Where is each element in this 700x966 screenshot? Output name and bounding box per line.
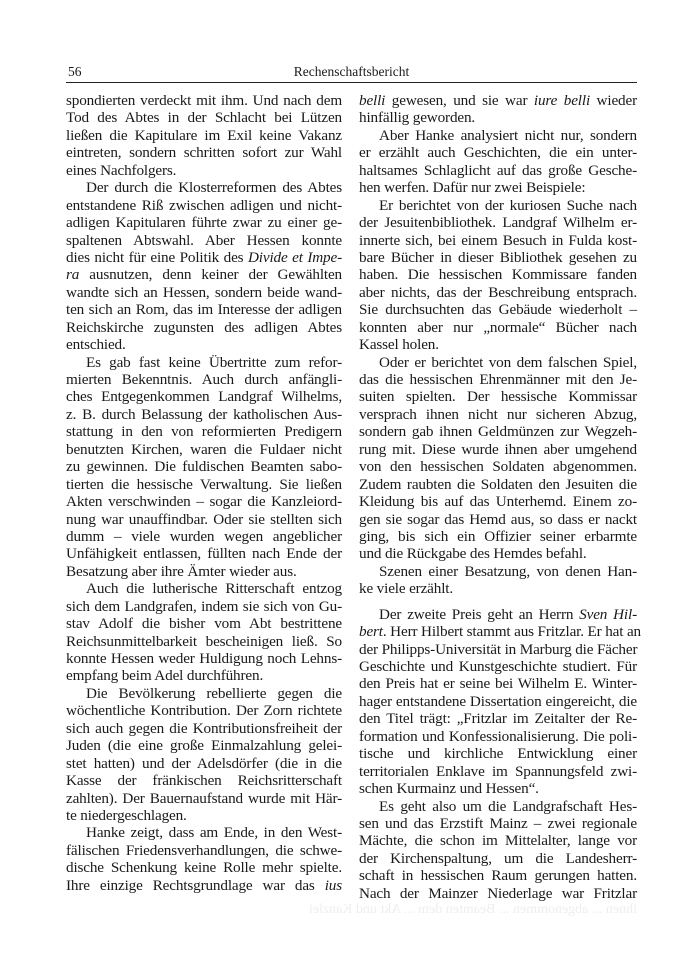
line-text: Kasse der fränkischen Reichsritterschaft: [66, 772, 342, 789]
text-line: konnten aber nur „normale“ Bücher nach: [359, 319, 637, 336]
line-text: ging, bis sich ein Offizier seiner erbar…: [359, 528, 637, 545]
line-text: Tod des Abtes in der Schlacht bei Lützen: [66, 109, 342, 126]
text-line: formation und Konfessionalisierung. Die …: [359, 728, 637, 745]
line-text: Unfähigkeit entlassen, füllten nach Ende…: [66, 545, 342, 562]
line-text: wöchentliche Kontribution. Der Zorn rich…: [66, 702, 342, 719]
line-text: Der durch die Klosterreformen des Abtes: [86, 179, 342, 196]
text-line: sich dem Landgrafen, indem sie sich von …: [66, 598, 342, 615]
text-line: sich auch gegen die Kontributionsfreihei…: [66, 720, 342, 737]
line-text: te niedergeschlagen.: [66, 807, 187, 824]
text-line: stav Adolf die bisher vom Abt bestritten…: [66, 615, 342, 632]
right-text-column: belli gewesen, und sie war iure belli wi…: [359, 92, 637, 902]
line-text: Er berichtet von der kuriosen Suche nach: [379, 197, 637, 214]
text-line: Reichsunmittelbarkeit bescheinigen ließ.…: [66, 633, 342, 650]
line-text: haben. Die hessischen Kommissare fanden: [359, 266, 637, 283]
italic-term: Sven Hil-: [579, 606, 637, 623]
text-line: ging, bis sich ein Offizier seiner erbar…: [359, 528, 637, 545]
text-line: Besatzung aber ihre Ämter wieder aus.: [66, 563, 342, 580]
line-text: innerte sich, bei einem Besuch in Fulda …: [359, 232, 637, 249]
text-line: Kleidung bis auf das Unterhemd. Einem zo…: [359, 493, 637, 510]
text-line: ten sich an Rom, das im Interesse der ad…: [66, 301, 342, 318]
text-line: der Jesuitenbibliothek. Landgraf Wilhelm…: [359, 214, 637, 231]
text-line: hager entstandene Dissertation eingereic…: [359, 693, 637, 710]
text-line: wöchentliche Kontribution. Der Zorn rich…: [66, 702, 342, 719]
text-line: Es gab fast keine Übertritte zum refor-: [66, 354, 342, 371]
line-text: mierten Bekenntnis. Auch durch anfängli-: [66, 371, 342, 388]
text-line: tierten die hessische Verwaltung. Sie li…: [66, 476, 342, 493]
italic-term: bert: [359, 623, 383, 640]
text-line: Der durch die Klosterreformen des Abtes: [66, 179, 342, 196]
text-line: Sie durchsuchten das Gebäude wiederholt …: [359, 301, 637, 318]
text-line: den Titel trägt: „Fritzlar im Zeitalter …: [359, 710, 637, 727]
line-text: stet hatten) und der Adelsdörfer (die in…: [66, 755, 342, 772]
text-line: schen Kurmainz und Hessen“.: [359, 780, 637, 797]
text-line: Szenen einer Besatzung, von denen Han-: [359, 563, 637, 580]
text-line: Hanke zeigt, dass am Ende, in den West-: [66, 824, 342, 841]
text-line: das die hessischen Ehrenmänner mit den J…: [359, 371, 637, 388]
text-line: Reichskirche zugunsten des adligen Abtes: [66, 319, 342, 336]
line-text: hen werfen. Dafür nur zwei Beispiele:: [359, 179, 585, 196]
line-text: dische Schenkung keine Rolle mehr spielt…: [66, 859, 342, 876]
text-line: Tod des Abtes in der Schlacht bei Lützen: [66, 109, 342, 126]
text-line: der Kirchenspaltung, um die Landesherr-: [359, 850, 637, 867]
line-text: stav Adolf die bisher vom Abt bestritten…: [66, 615, 342, 632]
text-line: Juden (die eine große Einmalzahlung gele…: [66, 737, 342, 754]
line-text: versprach ihnen nicht nur sicheren Abzug…: [359, 406, 637, 423]
text-line: Unfähigkeit entlassen, füllten nach Ende…: [66, 545, 342, 562]
line-text: Szenen einer Besatzung, von denen Han-: [379, 563, 637, 580]
line-text: gewesen, und sie war: [385, 92, 534, 109]
line-text: entstandene Riß zwischen adligen und nic…: [66, 197, 342, 214]
text-line: nung war unauffindbar. Oder sie stellten…: [66, 511, 342, 528]
line-text: empfang beim Adel durchführen.: [66, 667, 263, 684]
text-line: er erzählt auch Geschichten, die ein unt…: [359, 144, 637, 161]
text-line: Akten verschwinden – sogar die Kanzleior…: [66, 493, 342, 510]
text-line: belli gewesen, und sie war iure belli wi…: [359, 92, 637, 109]
line-text: den Preis hat er seine bei Wilhelm E. Wi…: [359, 675, 637, 692]
text-line: dische Schenkung keine Rolle mehr spielt…: [66, 859, 342, 876]
line-text: Es gab fast keine Übertritte zum refor-: [86, 354, 342, 371]
line-text: Aber Hanke analysiert nicht nur, sondern: [379, 127, 637, 144]
text-line: mierten Bekenntnis. Auch durch anfängli-: [66, 371, 342, 388]
line-text: dies nicht für eine Politik des: [66, 249, 248, 266]
text-line: und die Rückgabe des Hemdes befahl.: [359, 545, 637, 562]
line-text: tierten die hessische Verwaltung. Sie li…: [66, 476, 342, 493]
running-title: Rechenschaftsbericht: [66, 64, 637, 80]
text-line: suiten spielten. Der hessische Kommissar: [359, 388, 637, 405]
line-text: suiten spielten. Der hessische Kommissar: [359, 388, 637, 405]
line-text: konnten aber nur „normale“ Bücher nach: [359, 319, 637, 336]
text-line: Oder er berichtet von dem falschen Spiel…: [359, 354, 637, 371]
line-text: Sie durchsuchten das Gebäude wiederholt …: [359, 301, 637, 318]
text-line: Er berichtet von der kuriosen Suche nach: [359, 197, 637, 214]
line-text: sich auch gegen die Kontributionsfreihei…: [66, 720, 342, 737]
line-text: den Titel trägt: „Fritzlar im Zeitalter …: [359, 710, 637, 727]
text-line: sen und das Erzstift Mainz – zwei region…: [359, 815, 637, 832]
line-text: Geschichte und Kunstgeschichte studiert.…: [359, 658, 637, 675]
italic-term: ius: [325, 877, 342, 894]
text-line: dies nicht für eine Politik des Divide e…: [66, 249, 342, 266]
line-text: Oder er berichtet von dem falschen Spiel…: [379, 354, 637, 371]
text-line: sondern gab ihnen Geldmünzen zur Wegzeh-: [359, 423, 637, 440]
text-line: wandte sich an Hessen, sondern beide wan…: [66, 284, 342, 301]
text-line: haben. Die hessischen Kommissare fanden: [359, 266, 637, 283]
line-text: tische und kirchliche Entwicklung einer: [359, 745, 637, 762]
text-line: ke viele erzählt.: [359, 580, 637, 597]
text-line: von den hessischen Soldaten abgenommen.: [359, 458, 637, 475]
text-line: ließen die Kapitulare im Exil keine Vaka…: [66, 127, 342, 144]
text-line: bare Bücher in dieser Bibliothek gesehen…: [359, 249, 637, 266]
line-text: . Herr Hilbert stammt aus Fritzlar. Er h…: [383, 623, 641, 640]
line-text: Mächte, die schon im Mittelalter, lange …: [359, 832, 637, 849]
line-text: Kleidung bis auf das Unterhemd. Einem zo…: [359, 493, 637, 510]
line-text: ke viele erzählt.: [359, 580, 453, 597]
text-line: Aber Hanke analysiert nicht nur, sondern: [359, 127, 637, 144]
text-line: spondierten verdeckt mit ihm. Und nach d…: [66, 92, 342, 109]
line-text: Akten verschwinden – sogar die Kanzleior…: [66, 493, 342, 510]
line-text: aber nichts, das der Beschreibung entspr…: [359, 284, 637, 301]
line-text: das die hessischen Ehrenmänner mit den J…: [359, 371, 637, 388]
left-text-column: spondierten verdeckt mit ihm. Und nach d…: [66, 92, 342, 894]
line-text: ließen die Kapitulare im Exil keine Vaka…: [66, 127, 342, 144]
text-line: Zudem raubten die Soldaten den Jesuiten …: [359, 476, 637, 493]
text-line: ches Entgegenkommen Landgraf Wilhelms,: [66, 388, 342, 405]
text-line: eintreten, sondern schritten sofort zur …: [66, 144, 342, 161]
line-text: sich dem Landgrafen, indem sie sich von …: [66, 598, 342, 615]
text-line: schaft in hessischen Raum gerungen hatte…: [359, 867, 637, 884]
line-text: Zudem raubten die Soldaten den Jesuiten …: [359, 476, 637, 493]
text-line: benutzten Kirchen, waren die Fuldaer nic…: [66, 441, 342, 458]
line-text: Juden (die eine große Einmalzahlung gele…: [66, 737, 342, 754]
line-text: nung war unauffindbar. Oder sie stellten…: [66, 511, 342, 528]
line-text: zu gewinnen. Die fuldischen Beamten sabo…: [66, 458, 342, 475]
line-text: wandte sich an Hessen, sondern beide wan…: [66, 284, 342, 301]
line-text: benutzten Kirchen, waren die Fuldaer nic…: [66, 441, 342, 458]
line-text: territorialen Enklave im Spannungsfeld z…: [359, 763, 637, 780]
line-text: formation und Konfessionalisierung. Die …: [359, 728, 637, 745]
line-text: Besatzung aber ihre Ämter wieder aus.: [66, 563, 297, 580]
text-line: bert. Herr Hilbert stammt aus Fritzlar. …: [359, 623, 637, 640]
text-line: Es geht also um die Landgrafschaft Hes-: [359, 798, 637, 815]
line-text: Kassel holen.: [359, 336, 439, 353]
line-text: der Philipps-Universität in Marburg die …: [359, 641, 637, 658]
text-line: zu gewinnen. Die fuldischen Beamten sabo…: [66, 458, 342, 475]
text-line: gen sie sogar das Hemd aus, so dass er n…: [359, 511, 637, 528]
line-text: und die Rückgabe des Hemdes befahl.: [359, 545, 587, 562]
text-line: Mächte, die schon im Mittelalter, lange …: [359, 832, 637, 849]
line-text: hinfällig geworden.: [359, 109, 475, 126]
text-line: hen werfen. Dafür nur zwei Beispiele:: [359, 179, 637, 196]
line-text: ausnutzen, denn keiner der Gewählten: [79, 266, 342, 283]
line-text: Die Bevölkerung rebellierte gegen die: [86, 685, 342, 702]
line-text: Auch die lutherische Ritterschaft entzog: [86, 580, 342, 597]
text-line: Geschichte und Kunstgeschichte studiert.…: [359, 658, 637, 675]
text-line: Nach der Mainzer Niederlage war Fritzlar: [359, 885, 637, 902]
text-line: zahlten). Der Bauernaufstand wurde mit H…: [66, 790, 342, 807]
line-text: eintreten, sondern schritten sofort zur …: [66, 144, 342, 161]
text-line: ra ausnutzen, denn keiner der Gewählten: [66, 266, 342, 283]
text-line: stet hatten) und der Adelsdörfer (die in…: [66, 755, 342, 772]
line-text: Ihre einzige Rechtsgrundlage war das: [66, 877, 325, 894]
line-text: Reichskirche zugunsten des adligen Abtes: [66, 319, 342, 336]
line-text: Der zweite Preis geht an Herrn: [379, 606, 579, 623]
line-text: bare Bücher in dieser Bibliothek gesehen…: [359, 249, 637, 266]
line-text: z. B. durch Belassung der katholischen A…: [66, 406, 342, 423]
italic-term: belli: [359, 92, 385, 109]
line-text: Hanke zeigt, dass am Ende, in den West-: [86, 824, 342, 841]
text-line: den Preis hat er seine bei Wilhelm E. Wi…: [359, 675, 637, 692]
text-line: der Philipps-Universität in Marburg die …: [359, 641, 637, 658]
text-line: konnte Hessen weder Huldigung noch Lehns…: [66, 650, 342, 667]
line-text: stattung in den von reformierten Predige…: [66, 423, 342, 440]
text-line: innerte sich, bei einem Besuch in Fulda …: [359, 232, 637, 249]
text-line: stattung in den von reformierten Predige…: [66, 423, 342, 440]
line-text: von den hessischen Soldaten abgenommen.: [359, 458, 637, 475]
italic-term: ra: [66, 266, 79, 283]
text-line: Kasse der fränkischen Reichsritterschaft: [66, 772, 342, 789]
line-text: hager entstandene Dissertation eingereic…: [359, 693, 637, 710]
text-line: entschied.: [66, 336, 342, 353]
page-header: 56 Rechenschaftsbericht: [66, 62, 637, 83]
line-text: sen und das Erzstift Mainz – zwei region…: [359, 815, 637, 832]
text-line: fälischen Friedensverhandlungen, die sch…: [66, 842, 342, 859]
line-text: der Kirchenspaltung, um die Landesherr-: [359, 850, 637, 867]
line-text: rung mit. Diese wurde ihnen aber umgehen…: [359, 441, 637, 458]
line-text: gen sie sogar das Hemd aus, so dass er n…: [359, 511, 637, 528]
text-line: territorialen Enklave im Spannungsfeld z…: [359, 763, 637, 780]
line-text: schaft in hessischen Raum gerungen hatte…: [359, 867, 637, 884]
line-text: konnte Hessen weder Huldigung noch Lehns…: [66, 650, 342, 667]
line-text: spaltenen Abtswahl. Aber Hessen konnte: [66, 232, 342, 249]
line-text: Nach der Mainzer Niederlage war Fritzlar: [359, 885, 637, 902]
text-line: hinfällig geworden.: [359, 109, 637, 126]
line-text: ches Entgegenkommen Landgraf Wilhelms,: [66, 388, 342, 405]
text-line: rung mit. Diese wurde ihnen aber umgehen…: [359, 441, 637, 458]
line-text: zahlten). Der Bauernaufstand wurde mit H…: [66, 790, 342, 807]
line-text: wieder: [590, 92, 637, 109]
text-line: empfang beim Adel durchführen.: [66, 667, 342, 684]
text-line: adligen Kapitularen führte zwar zu einer…: [66, 214, 342, 231]
text-line: eines Nachfolgers.: [66, 162, 342, 179]
text-line: te niedergeschlagen.: [66, 807, 342, 824]
text-line: haltsames Schlaglicht auf das große Gesc…: [359, 162, 637, 179]
line-text: fälischen Friedensverhandlungen, die sch…: [66, 842, 342, 859]
line-text: haltsames Schlaglicht auf das große Gesc…: [359, 162, 637, 179]
line-text: der Jesuitenbibliothek. Landgraf Wilhelm…: [359, 214, 637, 231]
italic-term: Divide et Impe-: [248, 249, 342, 266]
line-text: spondierten verdeckt mit ihm. Und nach d…: [66, 92, 342, 109]
italic-term: iure belli: [534, 92, 590, 109]
paragraph-gap: [359, 598, 637, 606]
text-line: versprach ihnen nicht nur sicheren Abzug…: [359, 406, 637, 423]
text-line: entstandene Riß zwischen adligen und nic…: [66, 197, 342, 214]
line-text: Reichsunmittelbarkeit bescheinigen ließ.…: [66, 633, 342, 650]
text-line: dumm – viele wurden wegen angeblicher: [66, 528, 342, 545]
line-text: ten sich an Rom, das im Interesse der ad…: [66, 301, 342, 318]
line-text: sondern gab ihnen Geldmünzen zur Wegzeh-: [359, 423, 637, 440]
text-line: aber nichts, das der Beschreibung entspr…: [359, 284, 637, 301]
bleed-through-text: ihnen ... abgenommen ... Beamten dem ...…: [66, 902, 637, 920]
line-text: er erzählt auch Geschichten, die ein unt…: [359, 144, 637, 161]
line-text: eines Nachfolgers.: [66, 162, 176, 179]
text-line: tische und kirchliche Entwicklung einer: [359, 745, 637, 762]
text-line: spaltenen Abtswahl. Aber Hessen konnte: [66, 232, 342, 249]
text-line: z. B. durch Belassung der katholischen A…: [66, 406, 342, 423]
text-line: Der zweite Preis geht an Herrn Sven Hil-: [359, 606, 637, 623]
text-line: Kassel holen.: [359, 336, 637, 353]
line-text: Es geht also um die Landgrafschaft Hes-: [379, 798, 637, 815]
text-line: Die Bevölkerung rebellierte gegen die: [66, 685, 342, 702]
line-text: schen Kurmainz und Hessen“.: [359, 780, 539, 797]
line-text: entschied.: [66, 336, 126, 353]
line-text: dumm – viele wurden wegen angeblicher: [66, 528, 342, 545]
text-line: Ihre einzige Rechtsgrundlage war das ius: [66, 877, 342, 894]
text-line: Auch die lutherische Ritterschaft entzog: [66, 580, 342, 597]
line-text: adligen Kapitularen führte zwar zu einer…: [66, 214, 342, 231]
